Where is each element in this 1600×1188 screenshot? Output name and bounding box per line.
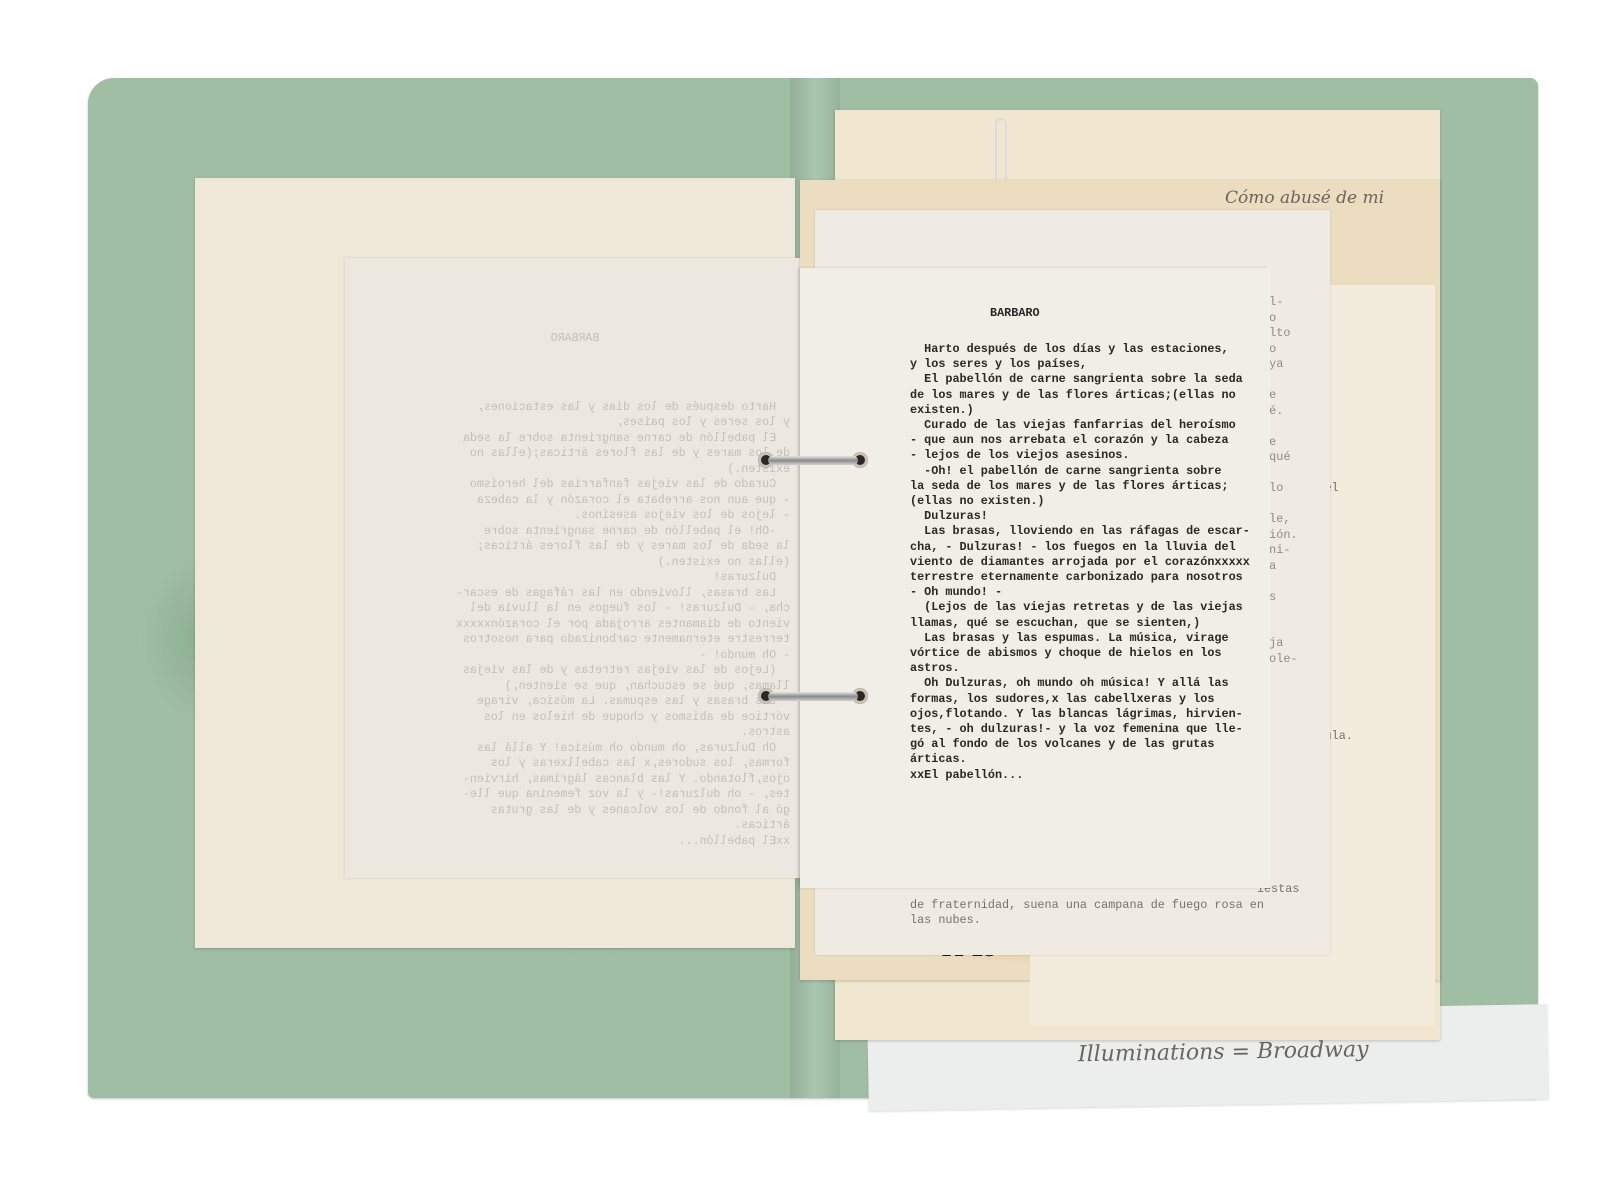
handwritten-note: Illuminations = Broadway <box>1078 1037 1369 1067</box>
show-through-text: BARBARO Harto después de los días y las … <box>360 300 790 865</box>
mirror-lines: Harto después de los días y las estacion… <box>360 400 790 850</box>
binder-ring-bottom <box>758 688 868 706</box>
front-typed-page: BARBARO Harto después de los días y las … <box>800 268 1270 888</box>
poem-title: BARBARO <box>990 306 1040 321</box>
poem-body: Harto después de los días y las estacion… <box>910 342 1250 783</box>
binder-ring-top <box>758 452 868 470</box>
mirror-title: BARBARO <box>360 331 790 347</box>
bottom-sheet-text: iestas de fraternidad, suena una campana… <box>910 882 1299 929</box>
